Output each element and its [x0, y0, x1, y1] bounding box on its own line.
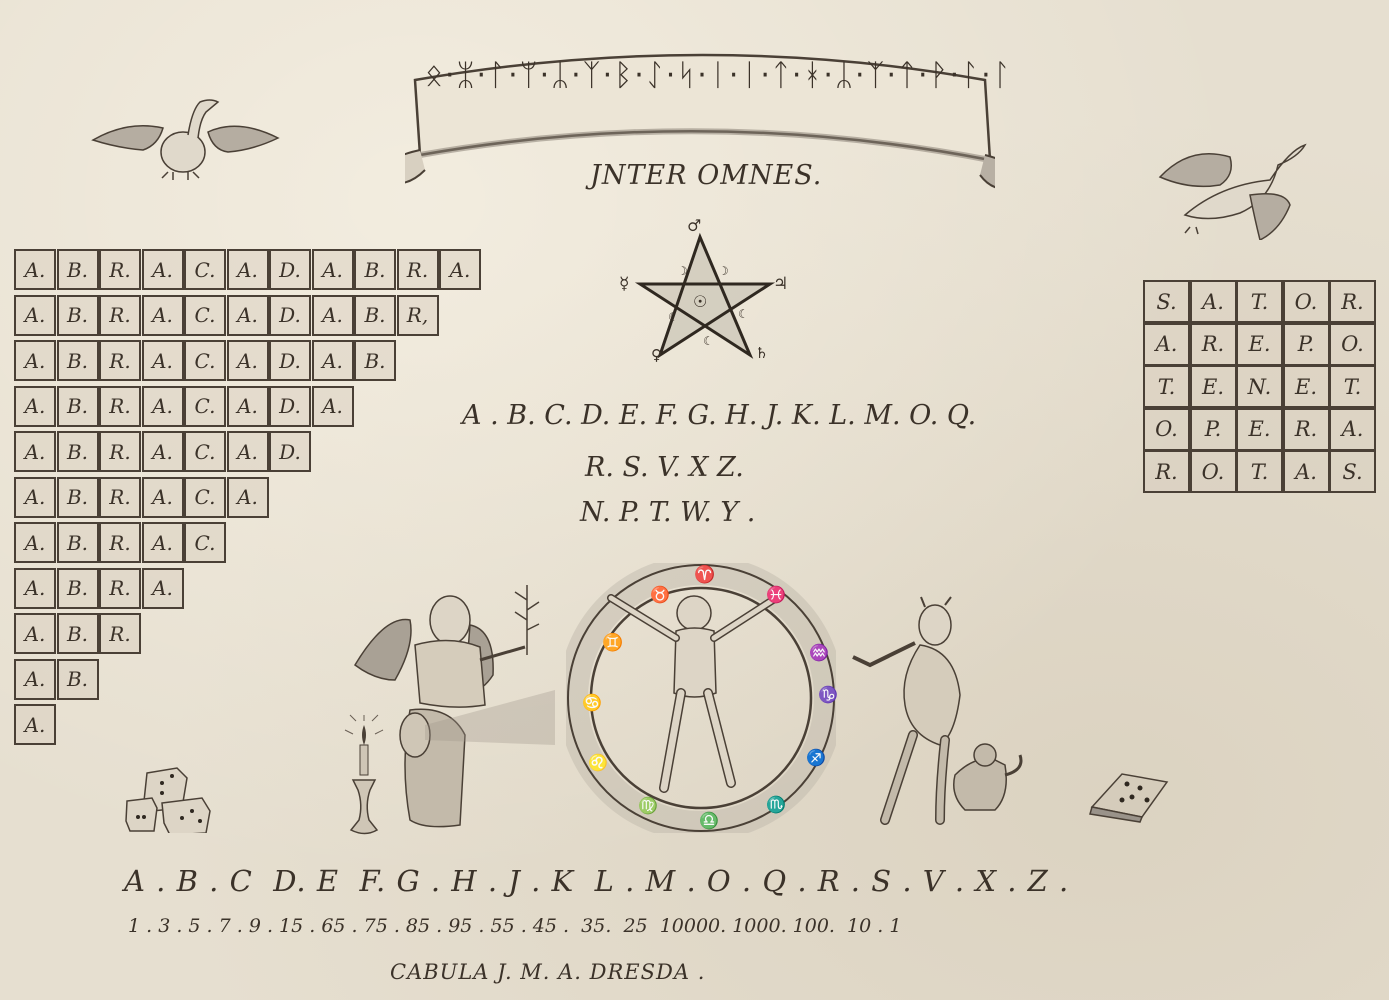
abracadabra-cell: C.	[184, 522, 226, 563]
abracadabra-cell: R.	[99, 249, 141, 290]
sator-cell: E.	[1236, 408, 1283, 451]
abracadabra-cell: A.	[14, 295, 56, 336]
abracadabra-cell: A.	[312, 340, 354, 381]
sator-cell: T.	[1236, 450, 1283, 493]
abracadabra-cell: B.	[354, 340, 396, 381]
abracadabra-cell: A.	[312, 386, 354, 427]
sator-cell: N.	[1236, 365, 1283, 408]
abracadabra-cell: A.	[14, 249, 56, 290]
sator-cell: R.	[1329, 280, 1376, 323]
venus-symbol: ♀	[651, 346, 662, 364]
abracadabra-cell: A.	[312, 295, 354, 336]
jupiter-symbol: ♃	[773, 274, 788, 294]
rune-inscription: ᛟ·ᛯ·ᛚ·ᛘ·ᛦ·ᛉ·ᛒ·ᛇ·ᛋ·ᛁ·ᛁ·ᛏ·ᚼ·ᛦ·ᛉ·ᛏ·ᚹ·ᛚ·ᛚ	[425, 58, 985, 93]
abracadabra-cell: R.	[99, 386, 141, 427]
mars-symbol: ♂	[687, 216, 701, 235]
abracadabra-cell: A.	[227, 386, 269, 427]
abracadabra-cell: R.	[99, 522, 141, 563]
zodiac-libra: ♎	[699, 811, 719, 830]
abracadabra-cell: B.	[57, 613, 99, 654]
satyr-illustration	[845, 595, 1045, 839]
sator-cell: S.	[1329, 450, 1376, 493]
abracadabra-cell: D.	[269, 386, 311, 427]
abracadabra-cell: A.	[142, 477, 184, 518]
abracadabra-cell: A.	[14, 477, 56, 518]
abracadabra-cell: B.	[57, 568, 99, 609]
abracadabra-cell: B.	[57, 431, 99, 472]
abracadabra-cell: A.	[14, 659, 56, 700]
abracadabra-cell: A.	[142, 340, 184, 381]
playing-cards-icon	[1082, 772, 1172, 827]
zodiac-sagittarius: ♐	[806, 748, 826, 767]
sator-cell: P.	[1283, 323, 1330, 366]
abracadabra-cell: R.	[99, 568, 141, 609]
mercury-symbol: ☿	[619, 274, 629, 294]
abracadabra-cell: A.	[227, 431, 269, 472]
abracadabra-cell: C.	[184, 249, 226, 290]
abracadabra-cell: C.	[184, 386, 226, 427]
abracadabra-cell: A.	[312, 249, 354, 290]
abracadabra-cell: B.	[57, 477, 99, 518]
cards-illustration	[1082, 772, 1172, 831]
abracadabra-cell: D.	[269, 249, 311, 290]
bottom-alphabet: A . B . C D. E F. G . H . J . K L . M . …	[124, 864, 1069, 898]
abracadabra-cell: B.	[57, 249, 99, 290]
zodiac-pisces: ♓	[766, 585, 786, 604]
moon-symbol: ☽	[677, 264, 688, 278]
sator-cell: O.	[1190, 450, 1237, 493]
abracadabra-cell: A.	[142, 295, 184, 336]
sator-cell: R.	[1190, 323, 1237, 366]
motto-inter-omnes: JNTER OMNES.	[590, 160, 822, 191]
abracadabra-cell: B.	[354, 249, 396, 290]
sator-cell: E.	[1283, 365, 1330, 408]
satyr-with-cat-icon	[845, 595, 1045, 835]
abracadabra-cell: A.	[14, 431, 56, 472]
moon-symbol: ☾	[738, 307, 749, 321]
zodiac-gemini: ♊	[602, 633, 623, 653]
caption-cabula: CABULA J. M. A. DRESDA .	[390, 960, 705, 984]
dice-icon	[122, 763, 217, 833]
zodiac-aries: ♈	[694, 565, 715, 585]
abracadabra-cell: C.	[184, 431, 226, 472]
abracadabra-cell: B.	[57, 295, 99, 336]
bottom-numbers: 1 . 3 . 5 . 7 . 9 . 15 . 65 . 75 . 85 . …	[128, 915, 901, 937]
abracadabra-cell: D.	[269, 295, 311, 336]
sator-cell: A.	[1329, 408, 1376, 451]
zodiac-taurus: ♉	[650, 585, 670, 604]
abracadabra-cell: B.	[57, 386, 99, 427]
sator-cell: T.	[1329, 365, 1376, 408]
dice-illustration	[122, 763, 217, 837]
angel-icon	[315, 585, 555, 845]
sun-symbol: ☉	[693, 292, 707, 311]
pentagram: ♂ ♃ ♄ ♀ ☿ ☉ ☽ ☽ ☾ ☾ ☾	[605, 222, 795, 367]
zodiac-circle: ♈ ♓ ♒ ♑ ♐ ♏ ♎ ♍ ♌ ♋ ♊ ♉	[566, 563, 836, 833]
abracadabra-cell: A.	[14, 340, 56, 381]
zodiac-aquarius: ♒	[809, 643, 829, 662]
moon-symbol: ☾	[668, 310, 679, 324]
abracadabra-cell: A.	[14, 386, 56, 427]
rune-banner: ᛟ·ᛯ·ᛚ·ᛘ·ᛦ·ᛉ·ᛒ·ᛇ·ᛋ·ᛁ·ᛁ·ᛏ·ᚼ·ᛦ·ᛉ·ᛏ·ᚹ·ᛚ·ᛚ	[405, 40, 995, 140]
abracadabra-cell: B.	[57, 340, 99, 381]
abracadabra-cell: A.	[142, 386, 184, 427]
zodiac-wheel-icon	[566, 563, 836, 833]
zodiac-leo: ♌	[588, 753, 608, 772]
abracadabra-cell: R.	[99, 340, 141, 381]
bird-icon-left	[88, 90, 283, 189]
center-alphabet-line-3: N. P. T. W. Y .	[580, 497, 755, 528]
abracadabra-cell: D.	[269, 340, 311, 381]
abracadabra-cell: R.	[99, 431, 141, 472]
abracadabra-cell: R.	[99, 477, 141, 518]
abracadabra-cell: A.	[439, 249, 481, 290]
saturn-symbol: ♄	[755, 344, 768, 362]
abracadabra-cell: C.	[184, 477, 226, 518]
abracadabra-cell: D.	[269, 431, 311, 472]
center-alphabet-line-2: R. S. V. X Z.	[585, 452, 744, 483]
abracadabra-cell: A.	[14, 613, 56, 654]
moon-symbol: ☾	[703, 334, 714, 348]
abracadabra-cell: A.	[142, 522, 184, 563]
sator-cell: R.	[1283, 408, 1330, 451]
zodiac-cancer: ♋	[582, 693, 602, 712]
abracadabra-cell: R.	[397, 249, 439, 290]
sator-cell: T.	[1143, 365, 1190, 408]
abracadabra-cell: A.	[14, 568, 56, 609]
abracadabra-cell: A.	[14, 704, 56, 745]
sator-cell: A.	[1190, 280, 1237, 323]
abracadabra-cell: R.	[99, 613, 141, 654]
sator-cell: A.	[1283, 450, 1330, 493]
abracadabra-cell: A.	[14, 522, 56, 563]
abracadabra-cell: B.	[57, 522, 99, 563]
angel-illustration	[315, 585, 555, 849]
abracadabra-cell: A.	[142, 568, 184, 609]
abracadabra-cell: A.	[227, 249, 269, 290]
sator-cell: O.	[1329, 323, 1376, 366]
abracadabra-cell: B.	[57, 659, 99, 700]
moon-symbol: ☽	[718, 264, 729, 278]
sator-square-grid: S.A.T.O.R.A.R.E.P.O.T.E.N.E.T.O.P.E.R.A.…	[1143, 280, 1378, 495]
abracadabra-cell: C.	[184, 295, 226, 336]
abracadabra-cell: A.	[142, 431, 184, 472]
sator-cell: P.	[1190, 408, 1237, 451]
abracadabra-cell: A.	[142, 249, 184, 290]
sator-cell: A.	[1143, 323, 1190, 366]
zodiac-virgo: ♍	[638, 796, 658, 815]
abracadabra-cell: A.	[227, 295, 269, 336]
abracadabra-cell: A.	[227, 477, 269, 518]
sator-cell: E.	[1190, 365, 1237, 408]
abracadabra-cell: A.	[227, 340, 269, 381]
abracadabra-cell: C.	[184, 340, 226, 381]
sator-cell: O.	[1143, 408, 1190, 451]
sator-cell: T.	[1236, 280, 1283, 323]
sator-cell: E.	[1236, 323, 1283, 366]
abracadabra-cell: R.	[99, 295, 141, 336]
bird-icon-right	[1150, 135, 1310, 244]
abracadabra-cell: B.	[354, 295, 396, 336]
sator-cell: O.	[1283, 280, 1330, 323]
sator-cell: R.	[1143, 450, 1190, 493]
abracadabra-cell: R,	[397, 295, 439, 336]
zodiac-scorpio: ♏	[766, 795, 786, 814]
zodiac-capricorn: ♑	[818, 685, 838, 704]
center-alphabet-line-1: A . B. C. D. E. F. G. H. J. K. L. M. O. …	[462, 400, 976, 431]
sator-cell: S.	[1143, 280, 1190, 323]
